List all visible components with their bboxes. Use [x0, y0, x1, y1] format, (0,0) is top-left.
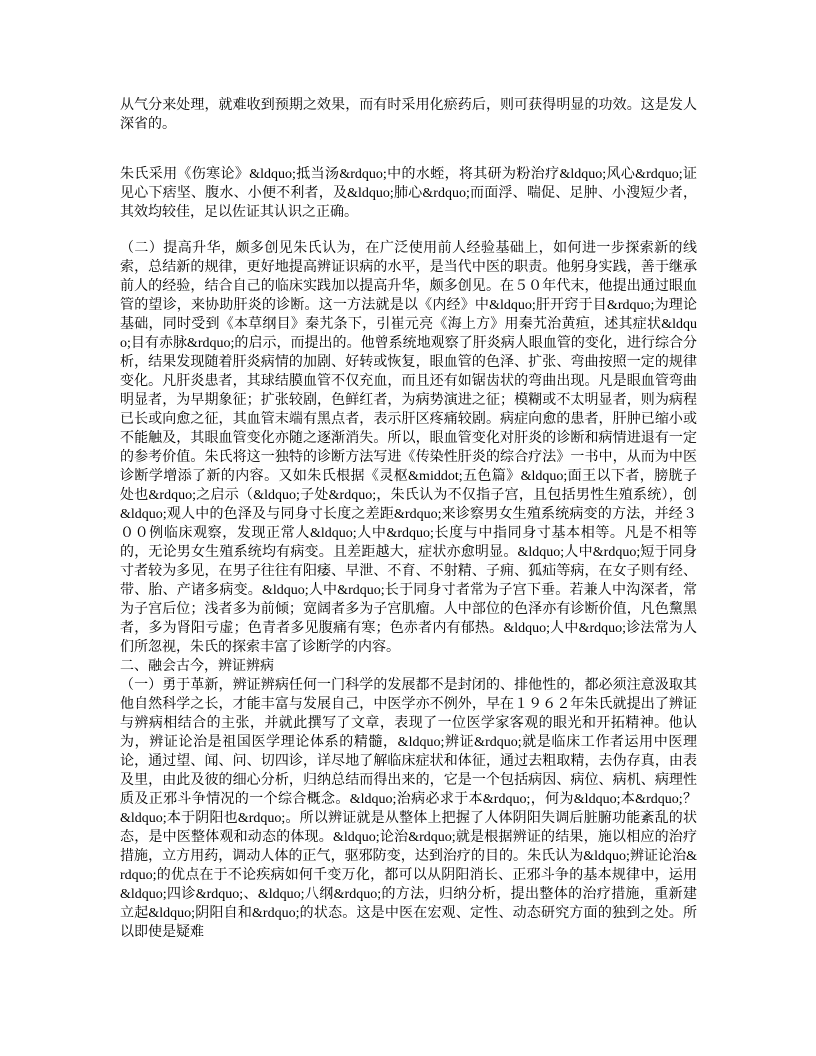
section-heading-ronghui-gujin: 二、融会古今，辨证辨病	[120, 657, 697, 676]
paragraph-qifen-conclusion: 从气分来处理，就难收到预期之效果，而有时采用化瘀药后，则可获得明显的功效。这是发…	[120, 96, 697, 134]
paragraph-yongyu-gexin: （一）勇于革新，辨证辨病任何一门科学的发展都不是封闭的、排他性的，都必须注意汲取…	[120, 676, 697, 942]
paragraph-shanghanlun-shuizhi: 朱氏采用《伤寒论》&ldquo;抵当汤&rdquo;中的水蛭，将其研为粉治疗&l…	[120, 165, 697, 222]
document-page: 从气分来处理，就难收到预期之效果，而有时采用化瘀药后，则可获得明显的功效。这是发…	[0, 0, 816, 1056]
paragraph-tigao-shenghua: （二）提高升华，颇多创见朱氏认为，在广泛使用前人经验基础上，如何进一步探索新的线…	[120, 239, 697, 657]
